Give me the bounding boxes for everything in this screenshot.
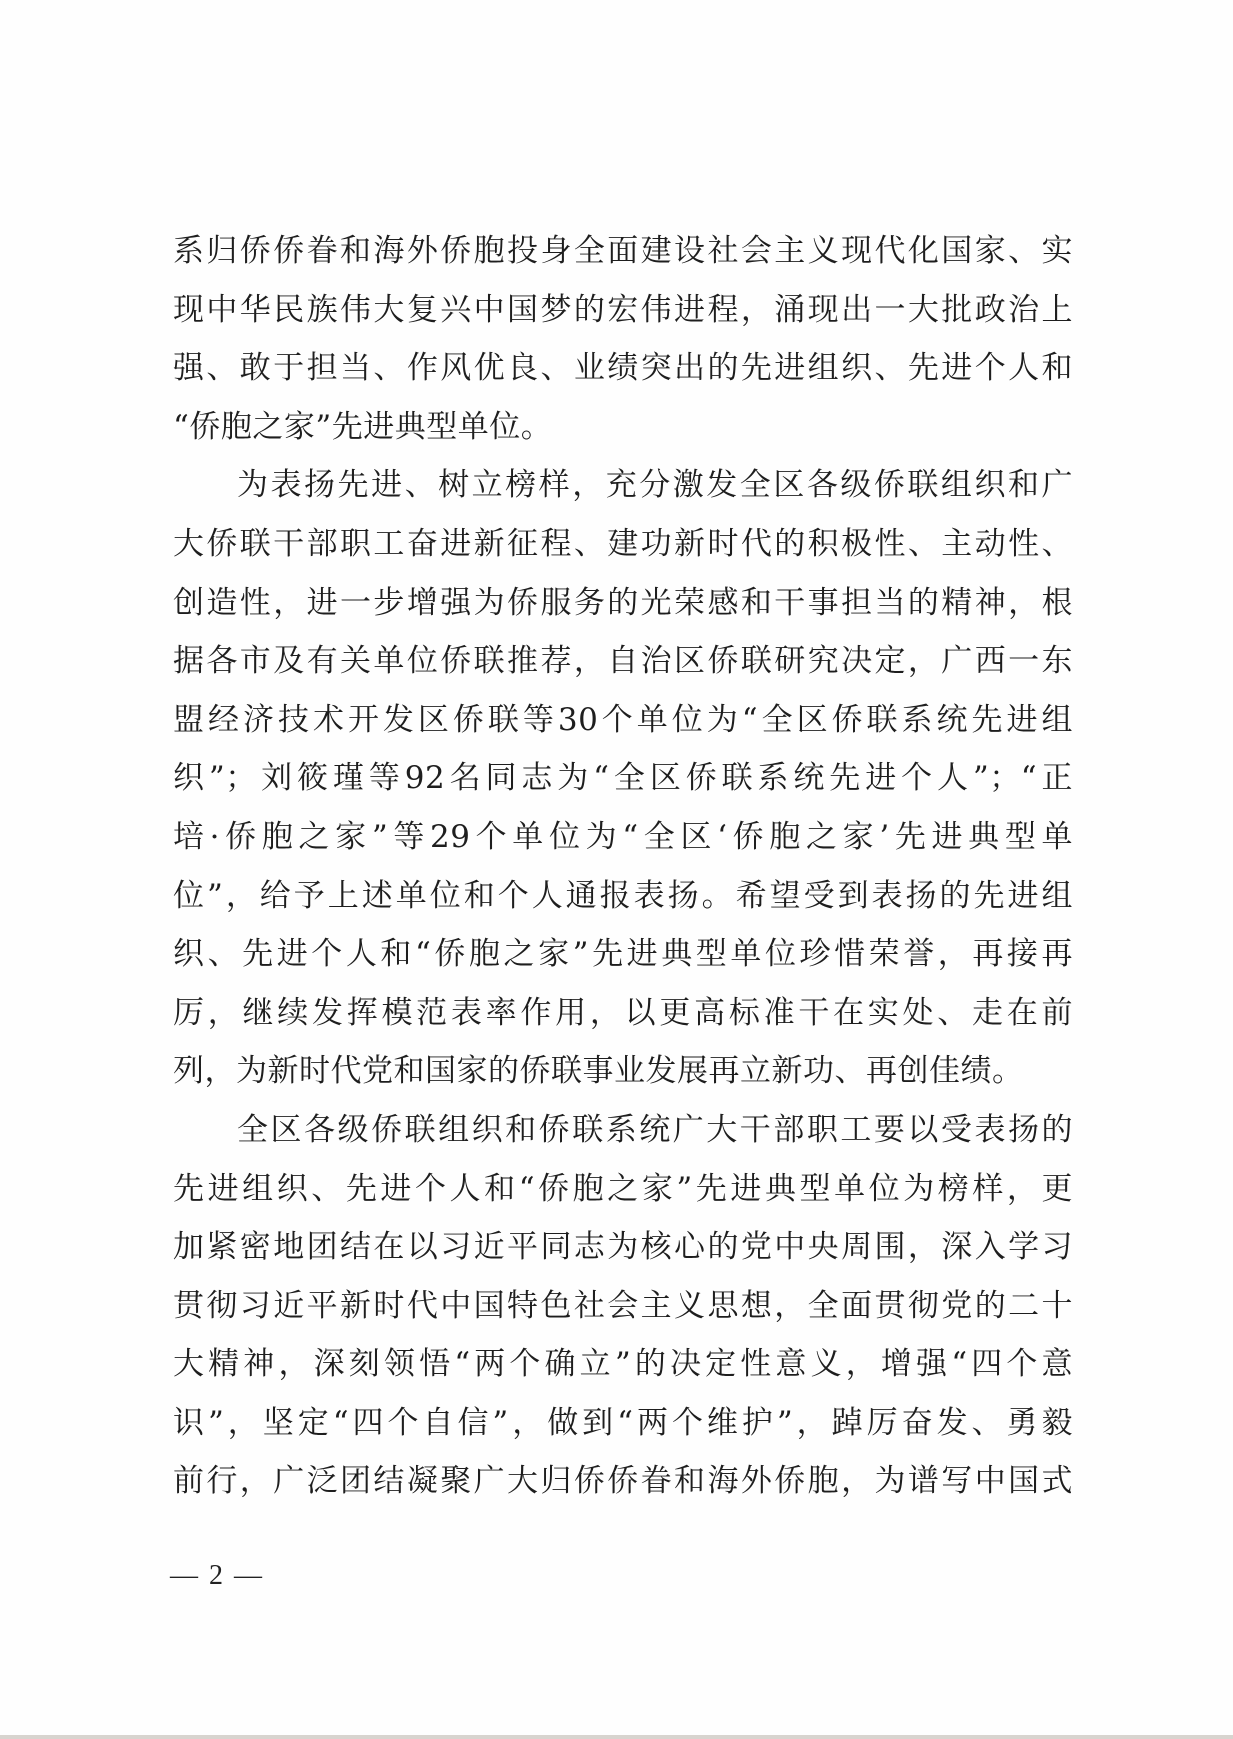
text-line: 为表扬先进、树立榜样，充分激发全区各级侨联组织和广 [173,456,1073,515]
text-line: 大精神，深刻领悟“两个确立”的决定性意义，增强“四个意 [173,1335,1073,1394]
text-line: 列，为新时代党和国家的侨联事业发展再立新功、再创佳绩。 [173,1042,1073,1101]
text-line: 创造性，进一步增强为侨服务的光荣感和干事担当的精神，根 [173,574,1073,633]
text-line: 加紧密地团结在以习近平同志为核心的党中央周围，深入学习 [173,1218,1073,1277]
text-line: 现中华民族伟大复兴中国梦的宏伟进程，涌现出一大批政治上 [173,281,1073,340]
text-line: 贯彻习近平新时代中国特色社会主义思想，全面贯彻党的二十 [173,1277,1073,1336]
text-line: 全区各级侨联组织和侨联系统广大干部职工要以受表扬的 [173,1101,1073,1160]
text-line: 织”；刘筱瑾等92名同志为“全区侨联系统先进个人”；“正 [173,749,1073,808]
text-line: “侨胞之家”先进典型单位。 [173,398,1073,457]
text-line: 位”，给予上述单位和个人通报表扬。希望受到表扬的先进组 [173,867,1073,926]
text-line: 织、先进个人和“侨胞之家”先进典型单位珍惜荣誉，再接再 [173,925,1073,984]
page-number: — 2 — [170,1560,264,1592]
document-body: 系归侨侨眷和海外侨胞投身全面建设社会主义现代化国家、实 现中华民族伟大复兴中国梦… [173,222,1073,1511]
page-bottom-edge [0,1735,1233,1739]
text-line: 盟经济技术开发区侨联等30个单位为“全区侨联系统先进组 [173,691,1073,750]
text-line: 识”，坚定“四个自信”，做到“两个维护”，踔厉奋发、勇毅 [173,1394,1073,1453]
text-line: 先进组织、先进个人和“侨胞之家”先进典型单位为榜样，更 [173,1160,1073,1219]
text-line: 系归侨侨眷和海外侨胞投身全面建设社会主义现代化国家、实 [173,222,1073,281]
document-page: 系归侨侨眷和海外侨胞投身全面建设社会主义现代化国家、实 现中华民族伟大复兴中国梦… [0,0,1233,1739]
text-line: 前行，广泛团结凝聚广大归侨侨眷和海外侨胞，为谱写中国式 [173,1452,1073,1511]
text-line: 培·侨胞之家”等29个单位为“全区‘侨胞之家’先进典型单 [173,808,1073,867]
text-line: 据各市及有关单位侨联推荐，自治区侨联研究决定，广西一东 [173,632,1073,691]
text-line: 大侨联干部职工奋进新征程、建功新时代的积极性、主动性、 [173,515,1073,574]
text-line: 强、敢于担当、作风优良、业绩突出的先进组织、先进个人和 [173,339,1073,398]
text-line: 厉，继续发挥模范表率作用，以更高标准干在实处、走在前 [173,984,1073,1043]
